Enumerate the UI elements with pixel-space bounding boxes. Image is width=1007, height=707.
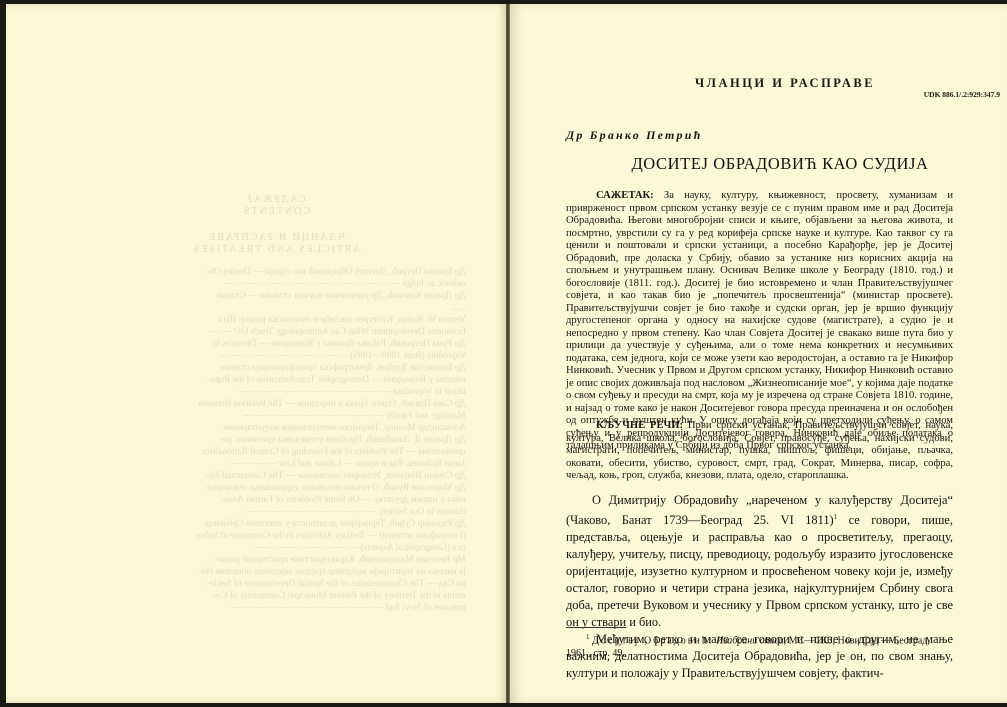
- footnote: 1 Доситеј Обрадовић: Изабрани списи, МС—…: [566, 631, 953, 660]
- bleed-line: Др Бранислав Ђурђев, Демографска трансфо…: [86, 362, 466, 374]
- bleed-line: ments in the Territory of the Present Mu…: [86, 590, 466, 602]
- bleed-line: Др Драган Д. Лакићевић, Проблем утемељењ…: [86, 434, 466, 446]
- section-header: ЧЛАНЦИ И РАСПРАВЕ: [660, 76, 910, 91]
- bleed-line: (Географски аспекти) — Tertiary Activiti…: [86, 530, 466, 542]
- bleed-through-text: САДРЖАЈ CONTENTS ЧЛАНЦИ И РАСПРАВЕ ARTIC…: [86, 194, 466, 614]
- keywords: КЉУЧНЕ РЕЧИ: Први српски устанак, Правит…: [566, 420, 953, 483]
- udk-code: UDK 886.1/.2:929:347.9: [870, 90, 1000, 99]
- bleed-line: Др Рума Петровић, Рађање бракова у Војво…: [86, 338, 466, 350]
- bleed-line: ciations in Our Society — — — — — — — — …: [86, 506, 466, 518]
- bleed-subheading-2: ARTICLES AND TREATISES: [86, 244, 466, 256]
- bleed-line: ника у нашем друштву — On Some Problems …: [86, 494, 466, 506]
- bleed-line: lation in Vojvodina — — — — — — — — — — …: [86, 386, 466, 398]
- bleed-line: Vojvodina (Brak 1890—1985) — — — — — — —…: [86, 350, 466, 362]
- bleed-line: Др Мирослав Вукић, О неким питањима удру…: [86, 482, 466, 494]
- bleed-line: ционализма — The Problem of the Founding…: [86, 446, 466, 458]
- bleed-lines: Др Бранко Петрић, Доситеј Обрадовић као …: [86, 266, 466, 614]
- footnote-divider: [566, 627, 626, 628]
- bleed-line: ......: [86, 302, 466, 314]
- bleed-subheading-1: ЧЛАНЦИ И РАСПРАВЕ: [86, 232, 466, 244]
- bleed-line: Јанко Кубичек, Рад и право — Labour and …: [86, 458, 466, 470]
- left-page-blank: САДРЖАЈ CONTENTS ЧЛАНЦИ И РАСПРАВЕ ARTIC…: [6, 4, 506, 703]
- bleed-line: Александар Молнар, Теоријско-методолошки…: [86, 422, 466, 434]
- bleed-line: radović as Judge — — — — — — — — — — — —…: [86, 278, 466, 290]
- footnote-work: Изабрани списи,: [716, 635, 786, 646]
- bleed-line: Др Сава Павлић, Однос брака и породице —…: [86, 398, 466, 410]
- bleed-line: ништва у Војводини — Demographic Transfo…: [86, 374, 466, 386]
- article-title: ДОСИТЕЈ ОБРАДОВИЋ КАО СУДИЈА: [630, 154, 930, 174]
- right-page: ЧЛАНЦИ И РАСПРАВЕ UDK 886.1/.2:929:347.9…: [510, 4, 1007, 703]
- abstract-label: САЖЕТАК:: [596, 190, 654, 201]
- abstract-text: За науку, културу, књижевност, просвету,…: [566, 190, 953, 451]
- bleed-line: Др Бранко Петрић, Доситеј Обрадовић као …: [86, 266, 466, 278]
- footnote-number: 1: [586, 633, 590, 641]
- bleed-heading-2: CONTENTS: [86, 206, 466, 218]
- article-author: Др Бранко Петрић: [566, 128, 703, 143]
- book-spread: САДРЖАЈ CONTENTS ЧЛАНЦИ И РАСПРАВЕ ARTIC…: [0, 0, 1007, 707]
- bleed-line: Др Драган Коковић, Др уметнички-научни с…: [86, 290, 466, 302]
- keywords-label: КЉУЧНЕ РЕЧИ:: [596, 420, 683, 431]
- bleed-line: ја насеља на територији заједнице градск…: [86, 566, 466, 578]
- bleed-line: Vernon W. Ruttan, Kултурно наслеђе и еко…: [86, 314, 466, 326]
- body-paragraph-1: О Димитрију Обрадовићу „нареченом у калу…: [566, 492, 953, 631]
- footnote-author: Доситеј Обрадовић:: [592, 635, 714, 646]
- bleed-line: Marriage and Family — — — — — — — — — — …: [86, 410, 466, 422]
- bleed-line: ви Сад — The Characteristics of the Spat…: [86, 578, 466, 590]
- bleed-line: tica (Geographical Aspects) — — — — — — …: [86, 542, 466, 554]
- abstract: САЖЕТАК: За науку, културу, књижевност, …: [566, 190, 953, 453]
- bleed-line: Др Стеван Шијачки, Уговорно пословање — …: [86, 470, 466, 482]
- bleed-line: Мр Веселин Матијашевић, Карактеристике п…: [86, 554, 466, 566]
- bleed-line: mmunes of Novi Sad — — — — — — — — — — —…: [86, 602, 466, 614]
- bleed-heading-1: САДРЖАЈ: [86, 194, 466, 206]
- bleed-line: Economic Development: What Can Anthropol…: [86, 326, 466, 338]
- bleed-line: Др Радомир Суђић, Терцијарне делатности …: [86, 518, 466, 530]
